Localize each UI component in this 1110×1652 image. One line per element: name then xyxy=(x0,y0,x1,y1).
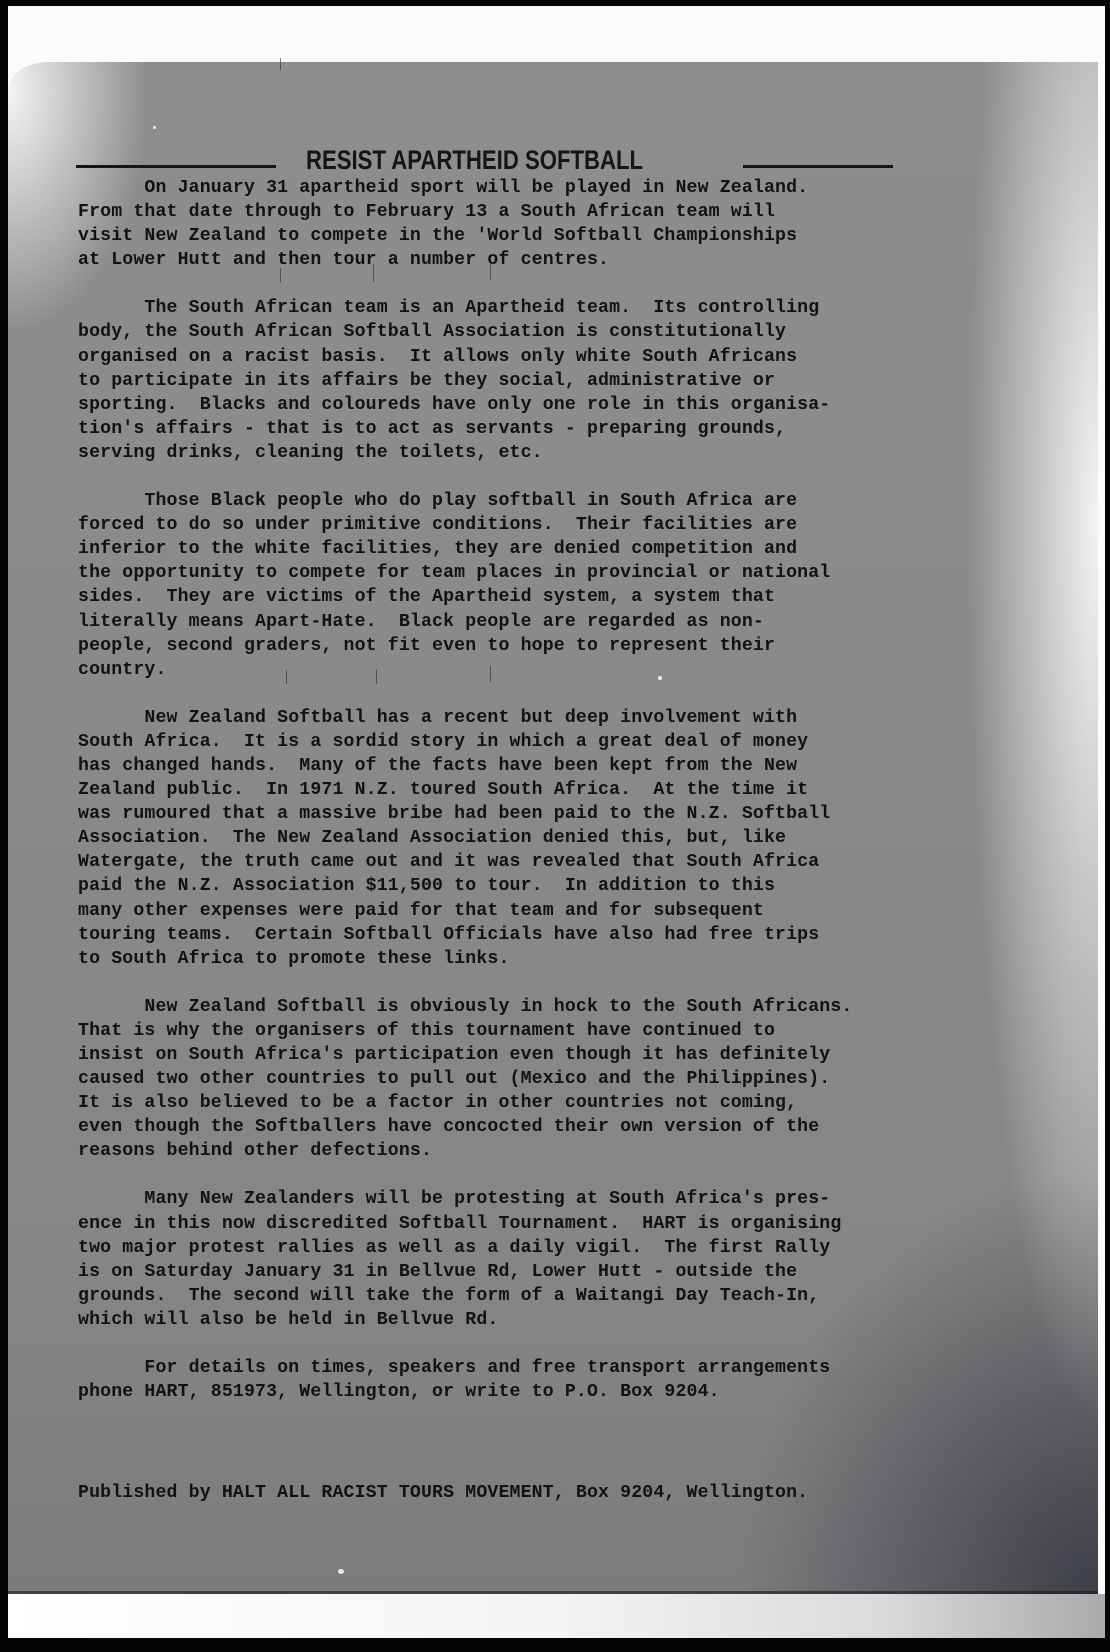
text-line: has changed hands. Many of the facts hav… xyxy=(78,754,1078,778)
document-body: On January 31 apartheid sport will be pl… xyxy=(78,176,1078,1428)
text-line: literally means Apart-Hate. Black people… xyxy=(78,610,1078,634)
film-scratch xyxy=(373,264,374,282)
title-rule-right xyxy=(743,165,893,168)
title-row: RESIST APARTHEID SOFTBALL xyxy=(76,134,936,174)
text-line: For details on times, speakers and free … xyxy=(78,1356,1078,1380)
paragraph: Those Black people who do play softball … xyxy=(78,489,1078,682)
text-line: to South Africa to promote these links. xyxy=(78,947,1078,971)
text-line: New Zealand Softball is obviously in hoc… xyxy=(78,995,1078,1019)
text-line: people, second graders, not fit even to … xyxy=(78,634,1078,658)
text-line: is on Saturday January 31 in Bellvue Rd,… xyxy=(78,1260,1078,1284)
text-line: to participate in its affairs be they so… xyxy=(78,369,1078,393)
text-line: Association. The New Zealand Association… xyxy=(78,826,1078,850)
text-line: That is why the organisers of this tourn… xyxy=(78,1019,1078,1043)
text-line: ence in this now discredited Softball To… xyxy=(78,1212,1078,1236)
text-line: many other expenses were paid for that t… xyxy=(78,899,1078,923)
text-line: Zealand public. In 1971 N.Z. toured Sout… xyxy=(78,778,1078,802)
text-line: which will also be held in Bellvue Rd. xyxy=(78,1308,1078,1332)
scan-frame: RESIST APARTHEID SOFTBALL On January 31 … xyxy=(8,6,1105,1638)
text-line: visit New Zealand to compete in the 'Wor… xyxy=(78,224,1078,248)
text-line: On January 31 apartheid sport will be pl… xyxy=(78,176,1078,200)
text-line: It is also believed to be a factor in ot… xyxy=(78,1091,1078,1115)
paragraph: On January 31 apartheid sport will be pl… xyxy=(78,176,1078,272)
text-line: phone HART, 851973, Wellington, or write… xyxy=(78,1380,1078,1404)
text-line: insist on South Africa's participation e… xyxy=(78,1043,1078,1067)
dust-speck xyxy=(338,1569,344,1574)
text-line: paid the N.Z. Association $11,500 to tou… xyxy=(78,874,1078,898)
paragraph: The South African team is an Apartheid t… xyxy=(78,296,1078,465)
text-line: sporting. Blacks and coloureds have only… xyxy=(78,393,1078,417)
text-line: caused two other countries to pull out (… xyxy=(78,1067,1078,1091)
bottom-margin-strip xyxy=(8,1594,1105,1638)
film-scratch xyxy=(280,268,281,282)
paragraph: New Zealand Softball is obviously in hoc… xyxy=(78,995,1078,1164)
text-line: Many New Zealanders will be protesting a… xyxy=(78,1187,1078,1211)
text-line: grounds. The second will take the form o… xyxy=(78,1284,1078,1308)
text-line: two major protest rallies as well as a d… xyxy=(78,1236,1078,1260)
film-scratch xyxy=(490,666,491,682)
dust-speck xyxy=(658,676,662,680)
text-line: body, the South African Softball Associa… xyxy=(78,320,1078,344)
text-line: organised on a racist basis. It allows o… xyxy=(78,345,1078,369)
paragraph: Many New Zealanders will be protesting a… xyxy=(78,1187,1078,1332)
text-line: South Africa. It is a sordid story in wh… xyxy=(78,730,1078,754)
text-line: even though the Softballers have concoct… xyxy=(78,1115,1078,1139)
text-line: inferior to the white facilities, they a… xyxy=(78,537,1078,561)
title-rule-left xyxy=(76,165,276,168)
text-line: the opportunity to compete for team plac… xyxy=(78,561,1078,585)
text-line: was rumoured that a massive bribe had be… xyxy=(78,802,1078,826)
text-line: Those Black people who do play softball … xyxy=(78,489,1078,513)
text-line: touring teams. Certain Softball Official… xyxy=(78,923,1078,947)
film-scratch xyxy=(490,264,491,280)
text-line: forced to do so under primitive conditio… xyxy=(78,513,1078,537)
text-line: The South African team is an Apartheid t… xyxy=(78,296,1078,320)
film-scratch xyxy=(376,670,377,684)
paragraph: For details on times, speakers and free … xyxy=(78,1356,1078,1404)
text-line: at Lower Hutt and then tour a number of … xyxy=(78,248,1078,272)
text-line: reasons behind other defections. xyxy=(78,1139,1078,1163)
text-line: Watergate, the truth came out and it was… xyxy=(78,850,1078,874)
document-title: RESIST APARTHEID SOFTBALL xyxy=(306,147,643,174)
film-scratch xyxy=(286,670,287,684)
text-line: serving drinks, cleaning the toilets, et… xyxy=(78,441,1078,465)
text-line: sides. They are victims of the Apartheid… xyxy=(78,585,1078,609)
text-line: From that date through to February 13 a … xyxy=(78,200,1078,224)
publisher-line: Published by HALT ALL RACIST TOURS MOVEM… xyxy=(78,1483,808,1503)
paragraph: New Zealand Softball has a recent but de… xyxy=(78,706,1078,971)
text-line: New Zealand Softball has a recent but de… xyxy=(78,706,1078,730)
text-line: country. xyxy=(78,658,1078,682)
dust-speck xyxy=(153,126,156,129)
text-line: tion's affairs - that is to act as serva… xyxy=(78,417,1078,441)
film-scratch xyxy=(280,58,281,70)
